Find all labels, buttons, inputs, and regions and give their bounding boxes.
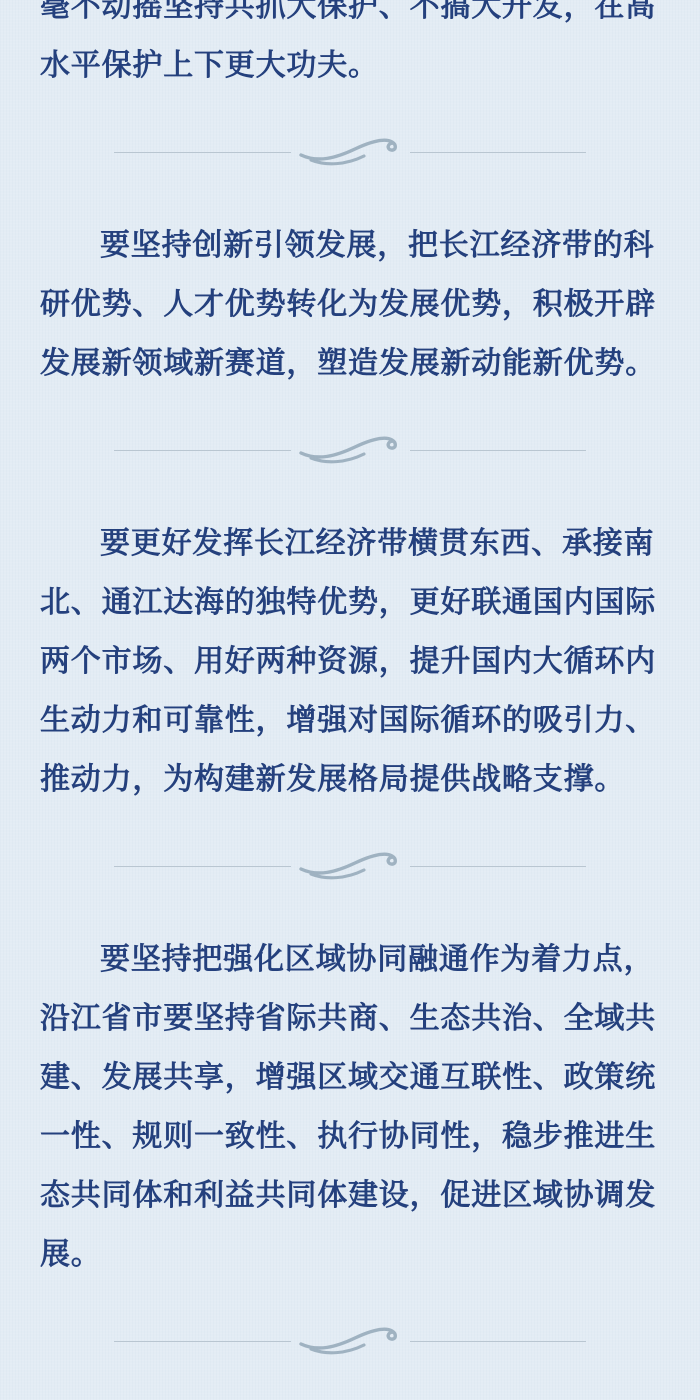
- paragraph-innovation: 要坚持创新引领发展，把长江经济带的科研优势、人才优势转化为发展优势，积极开辟发展…: [40, 216, 660, 393]
- paragraph-dual-circulation: 要更好发挥长江经济带横贯东西、承接南北、通江达海的独特优势，更好联通国内国际两个…: [40, 514, 660, 809]
- divider-line-left: [114, 866, 291, 867]
- divider-line-left: [114, 450, 291, 451]
- wave-icon: [298, 849, 403, 883]
- wave-icon: [298, 433, 403, 467]
- article-page: 毫不动摇坚持共抓大保护、不搞大开发，在高水平保护上下更大功夫。 要坚持创新引领发…: [0, 0, 700, 1400]
- wave-icon: [298, 135, 403, 169]
- paragraph-protection: 毫不动摇坚持共抓大保护、不搞大开发，在高水平保护上下更大功夫。: [40, 0, 660, 95]
- paragraph-regional-coordination: 要坚持把强化区域协同融通作为着力点，沿江省市要坚持省际共商、生态共治、全域共建、…: [40, 930, 660, 1284]
- section-divider: [114, 849, 586, 883]
- divider-line-right: [410, 152, 587, 153]
- divider-line-right: [410, 450, 587, 451]
- section-divider: [114, 433, 586, 467]
- section-divider: [114, 1324, 586, 1358]
- divider-line-right: [410, 1341, 587, 1342]
- divider-line-right: [410, 866, 587, 867]
- divider-line-left: [114, 152, 291, 153]
- wave-icon: [298, 1324, 403, 1358]
- divider-line-left: [114, 1341, 291, 1342]
- section-divider: [114, 135, 586, 169]
